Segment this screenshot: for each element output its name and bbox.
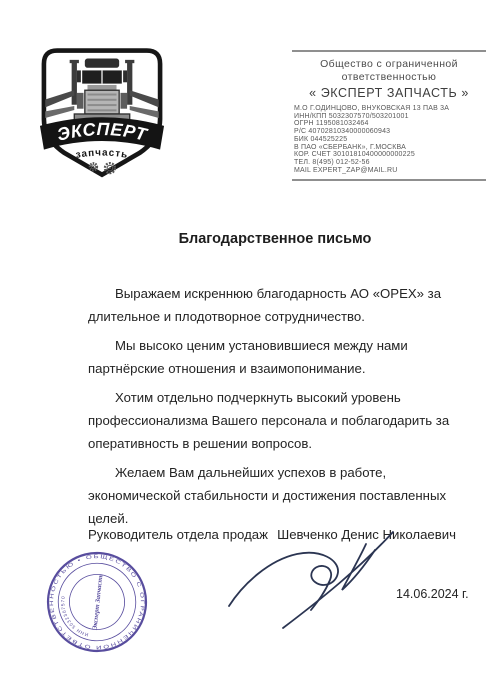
letter-body: Выражаем искреннюю благодарность АО «ОРЕ…: [88, 282, 462, 536]
signature-stroke: [229, 532, 393, 628]
company-inn-kpp: ИНН/КПП 5032307570/503201001: [294, 113, 484, 121]
logo-banner: ЭКСПЕРТ запчасть: [40, 117, 164, 161]
letter-paragraph: Хотим отдельно подчеркнуть высокий урове…: [88, 386, 462, 455]
company-requisites: М.О Г.ОДИНЦОВО, ВНУКОВСКАЯ 13 ПАВ 3А ИНН…: [294, 105, 484, 174]
letter-page: ЭКСПЕРТ запчасть Общество с ограниченной…: [0, 0, 495, 682]
org-type-line: ответственностью: [294, 71, 484, 84]
company-bank: В ПАО «СБЕРБАНК», Г.МОСКВА: [294, 144, 484, 152]
org-name: « ЭКСПЕРТ ЗАПЧАСТЬ »: [294, 85, 484, 101]
org-type-line: Общество с ограниченной: [294, 58, 484, 71]
company-bik: БИК 044525225: [294, 136, 484, 144]
company-details-block: Общество с ограниченной ответственностью…: [292, 50, 486, 181]
letter-title: Благодарственное письмо: [88, 231, 462, 247]
letter-paragraph: Мы высоко ценим установившиеся между нам…: [88, 334, 462, 380]
company-address: М.О Г.ОДИНЦОВО, ВНУКОВСКАЯ 13 ПАВ 3А: [294, 105, 484, 113]
letter-paragraph: Выражаем искреннюю благодарность АО «ОРЕ…: [88, 282, 462, 328]
letter-date: 14.06.2024 г.: [396, 587, 469, 601]
company-ogrn: ОГРН 1195081032464: [294, 120, 484, 128]
company-logo: ЭКСПЕРТ запчасть: [36, 42, 168, 182]
company-email: MAIL EXPERT_ZAP@MAIL.RU: [294, 167, 484, 175]
company-corr-account: КОР. СЧЕТ 30101810400000000225: [294, 151, 484, 159]
company-stamp: ОБЩЕСТВО С ОГРАНИЧЕННОЙ ОТВЕТСТВЕННОСТЬЮ…: [35, 540, 159, 664]
letter-paragraph: Желаем Вам дальнейших успехов в работе, …: [88, 461, 462, 530]
company-phone: ТЕЛ. 8(495) 012-52-56: [294, 159, 484, 167]
stamp-center-text: Эксперт Запчасть: [92, 574, 105, 631]
handwritten-signature: [225, 540, 405, 630]
company-account: Р/С 40702810340000060943: [294, 128, 484, 136]
